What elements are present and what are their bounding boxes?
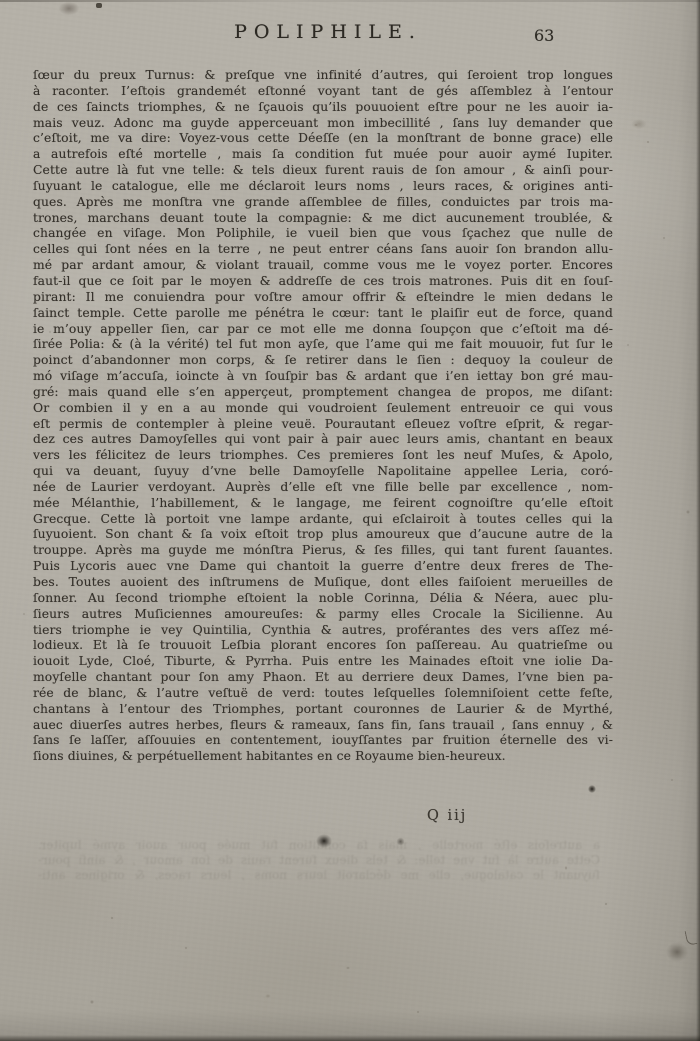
text-line: qui va deuant, ſuyuy d’vne belle Damoyſe…: [33, 464, 613, 480]
text-line: à raconter. I’eſtois grandemét eſtonné v…: [33, 84, 613, 100]
folio-page-number: 63: [534, 26, 554, 45]
text-line: ſuyuant le catalogue, elle me déclaroit …: [33, 179, 613, 195]
bleedthrough-ghost-text: a autrefois eſté mortelle , mais ſa cond…: [38, 838, 600, 884]
text-line: ſions diuines, & perpétuellement habitan…: [33, 749, 613, 765]
text-line: c’eſtoit, me va dire: Voyez-vous cette D…: [33, 131, 613, 147]
text-line: lodieux. Et là ſe trouuoit Leſbia ploran…: [33, 638, 613, 654]
text-line: faut-il que ce ſoit par le moyen & addre…: [33, 274, 613, 290]
stain-right-margin: [630, 118, 648, 130]
text-line: celles qui ſont nées en la terre , ne pe…: [33, 242, 613, 258]
ghost-line: Cette autre là fut vne telle: & tels die…: [38, 853, 600, 868]
text-line: ſainct temple. Cette parolle me pénétra …: [33, 306, 613, 322]
ink-dot-top-left: [96, 3, 102, 8]
ghost-line: a autrefois eſté mortelle , mais ſa cond…: [38, 838, 600, 853]
text-line: changée en viſage. Mon Poliphile, ie vue…: [33, 226, 613, 242]
ghost-line: ſuyuant le catalogue, elle me déclaroit …: [38, 868, 600, 883]
signature-mark: Q iij: [427, 808, 467, 824]
ink-smudge-top-left: [56, 0, 82, 17]
text-line: ſieurs autres Muſiciennes amoureuſes: & …: [33, 607, 613, 623]
text-line: Puis Lycoris auec vne Dame qui chantoit …: [33, 559, 613, 575]
text-line: vers les félicitez de leurs triomphes. C…: [33, 448, 613, 464]
text-line: ſans ſe laſſer, aſſouuies en contentemen…: [33, 733, 613, 749]
text-line: ſuyuoient. Son chant & ſa voix eſtoit tr…: [33, 527, 613, 543]
page-edge-bottom: [0, 1035, 700, 1041]
text-line: Grecque. Cette là portoit vne lampe arda…: [33, 512, 613, 528]
page-edge-right: [696, 0, 700, 1041]
text-line: bes. Toutes auoient des inſtrumens de Mu…: [33, 575, 613, 591]
text-line: Cette autre là fut vne telle: & tels die…: [33, 163, 613, 179]
text-line: chantans à l’entour des Triomphes, porta…: [33, 702, 613, 718]
text-line: moyſelle chantant pour ſon amy Phaon. Et…: [33, 670, 613, 686]
body-text-block: ſœur du preux Turnus: & preſque vne infi…: [33, 68, 613, 765]
text-line: rée de blanc, & l’autre veſtuë de verd: …: [33, 686, 613, 702]
page-edge-top: [0, 0, 700, 2]
ink-dot-paragraph-end: [588, 785, 596, 793]
text-line: ques. Après me monſtra vne grande aſſemb…: [33, 195, 613, 211]
text-line: ſirée Polia: & (à la vérité) tel fut mon…: [33, 337, 613, 353]
text-line: de ces ſaincts triomphes, & ne ſçauois q…: [33, 100, 613, 116]
text-line: ſœur du preux Turnus: & preſque vne infi…: [33, 68, 613, 84]
ink-blob-below-catchword: [316, 834, 332, 848]
text-line: iouoit Lyde, Cloé, Tiburte, & Pyrrha. Pu…: [33, 654, 613, 670]
text-line: pirant: Il me conuiendra pour voſtre amo…: [33, 290, 613, 306]
text-line: poinct d’abandonner mon corps, & ſe reti…: [33, 353, 613, 369]
text-line: mais veuz. Adonc ma guyde apperceuant mo…: [33, 116, 613, 132]
text-line: mé par ardant amour, & violant trauail, …: [33, 258, 613, 274]
text-line: auec diuerſes autres herbes, fleurs & ra…: [33, 718, 613, 734]
text-line: mée Mélanthie, l’habillement, & le langa…: [33, 496, 613, 512]
text-line: née de Laurier verdoyant. Auprès d’elle …: [33, 480, 613, 496]
stain-bottom-right: [666, 942, 688, 962]
text-line: ſonner. Au ſecond triomphe eſtoient la n…: [33, 591, 613, 607]
running-header-title: POLIPHILE.: [213, 21, 443, 43]
text-line: dez ces autres Damoyſelles qui vont pair…: [33, 432, 613, 448]
text-line: gré: mais quand elle s’en apperçeut, pro…: [33, 385, 613, 401]
text-line: trouppe. Après ma guyde me mónſtra Pieru…: [33, 543, 613, 559]
text-line: eſt permis de contempler à pleine veuë. …: [33, 417, 613, 433]
text-line: a autrefois eſté mortelle , mais ſa cond…: [33, 147, 613, 163]
text-line: mó viſage m’accuſa, ioincte à vn ſouſpir…: [33, 369, 613, 385]
ink-blob-small: [396, 837, 405, 846]
text-line: trones, marchans deuant toute la compagn…: [33, 211, 613, 227]
text-line: tiers triomphe ie vey Quintilia, Cynthia…: [33, 623, 613, 639]
text-line: Or combien il y en a au monde qui voudro…: [33, 401, 613, 417]
scanned-book-page: POLIPHILE. 63 ſœur du preux Turnus: & pr…: [0, 0, 700, 1041]
text-line: ie m’ouy appeller ſien, car par ce mot e…: [33, 322, 613, 338]
